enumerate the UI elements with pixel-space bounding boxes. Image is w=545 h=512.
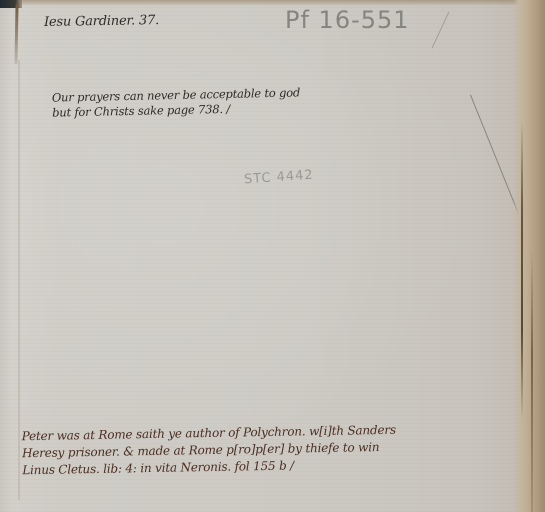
paper-crease-top [432, 12, 450, 49]
edge-crease [521, 120, 523, 420]
top-handwritten-note: Iesu Gardiner. 37. [44, 13, 159, 30]
pencil-shelfmark: Pf 16-551 [285, 6, 410, 34]
middle-handwritten-note: Our prayers can never be acceptable to g… [52, 85, 301, 120]
manuscript-page: Iesu Gardiner. 37. Pf 16-551 Our prayers… [0, 0, 545, 512]
stc-reference: STC 4442 [244, 168, 315, 188]
torn-right-edge [513, 0, 545, 512]
bottom-handwritten-note: Peter was at Rome saith ye author of Pol… [22, 422, 397, 480]
binding-fold [14, 4, 18, 64]
page-corner-shadow [0, 0, 22, 8]
edge-crease-secondary [531, 250, 533, 512]
top-edge-stain [20, 0, 540, 6]
binding-fold-faint [18, 60, 20, 500]
